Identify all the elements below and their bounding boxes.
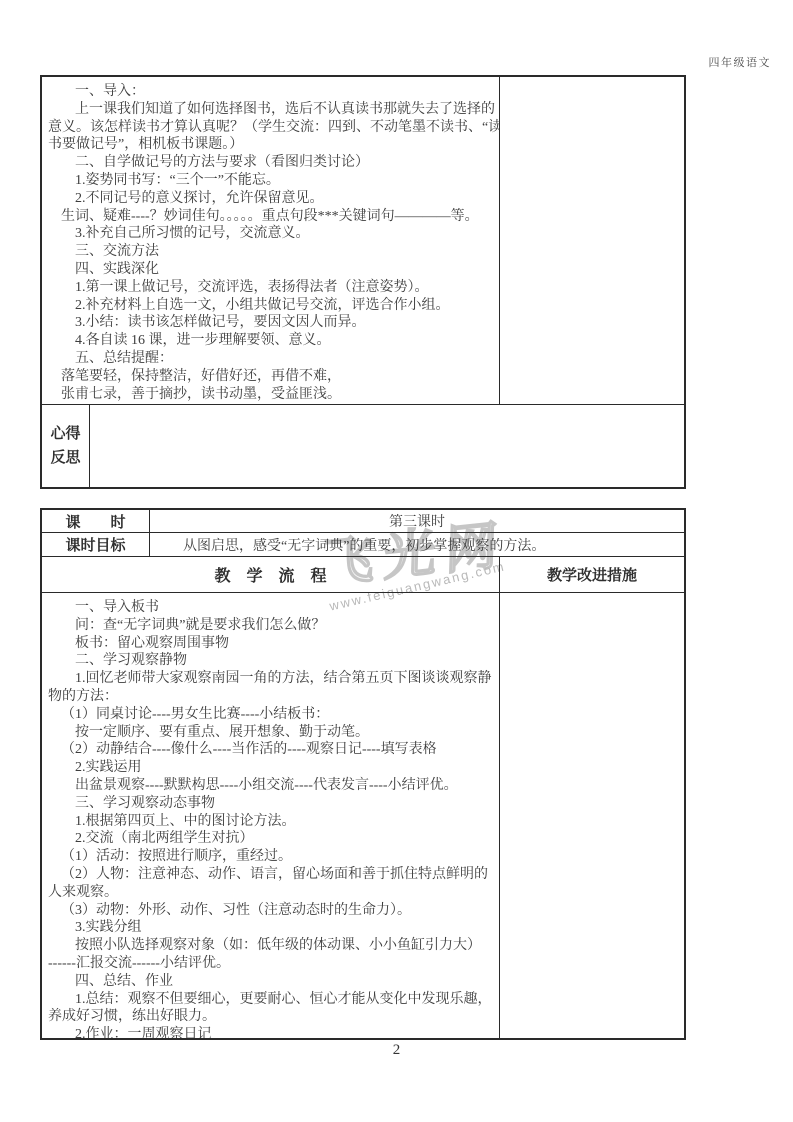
text-line: 五、总结提醒：	[48, 350, 494, 368]
text-line: （1）活动：按照进行顺序，重经过。	[48, 848, 494, 866]
reflection-empty-cell	[90, 405, 684, 487]
text-line: 按一定顺序、要有重点、展开想象、勤于动笔。	[48, 724, 494, 742]
text-line: 二、学习观察静物	[48, 652, 494, 670]
text-line: 2.交流（南北两组学生对抗）	[48, 830, 494, 848]
document-page: 四年级语文 飞光网 www.feiguangwang.com 一、导入：上一课我…	[0, 0, 793, 1122]
text-line: 养成好习惯，练出好眼力。	[48, 1008, 494, 1026]
text-line: 出盆景观察----默默构思----小组交流----代表发言----小结评优。	[48, 777, 494, 795]
goal-value: 从图启思，感受“无字词典”的重要，初步掌握观察的方法。	[150, 533, 684, 556]
text-line: 生词、疑难----？妙词佳句。。。。。重点句段***关键词句————等。	[48, 208, 494, 226]
period-value: 第三课时	[150, 510, 684, 532]
text-line: 3.补充自己所习惯的记号，交流意义。	[48, 225, 494, 243]
text-line: （2）人物：注意神态、动作、语言，留心场面和善于抓住特点鲜明的	[48, 866, 494, 884]
text-line: 2.实践运用	[48, 759, 494, 777]
text-line: 物的方法：	[48, 688, 494, 706]
text-line: （1）同桌讨论----男女生比赛----小结板书：	[48, 706, 494, 724]
text-line: 三、交流方法	[48, 243, 494, 261]
text-line: 1.总结：观察不但要细心，更要耐心、恒心才能从变化中发现乐趣，	[48, 991, 494, 1009]
text-line: ------汇报交流------小结评优。	[48, 955, 494, 973]
improvement-header: 教学改进措施	[500, 557, 684, 592]
period-label: 课 时	[42, 510, 150, 532]
text-line: 1.根据第四页上、中的图讨论方法。	[48, 813, 494, 831]
lesson-plan-table-2: 课 时 第三课时 课时目标 从图启思，感受“无字词典”的重要，初步掌握观察的方法…	[40, 508, 686, 1040]
reflection-row: 心得反思	[42, 404, 684, 487]
text-line: 3.小结：读书该怎样做记号，要因文因人而异。	[48, 314, 494, 332]
teaching-flow-text-2: 一、导入板书问：查“无字词典”就是要求我们怎么做？板书：留心观察周围事物二、学习…	[42, 593, 500, 1038]
text-line: 一、导入板书	[48, 599, 494, 617]
goal-label: 课时目标	[42, 533, 150, 556]
improvement-notes-empty-cell-2	[500, 593, 684, 1038]
text-line: 4.各自读 16 课，进一步理解要领、意义。	[48, 332, 494, 350]
text-line: 板书：留心观察周围事物	[48, 635, 494, 653]
goal-row: 课时目标 从图启思，感受“无字词典”的重要，初步掌握观察的方法。	[42, 532, 684, 556]
text-line: 1.姿势同书写：“三个一”不能忘。	[48, 172, 494, 190]
reflection-label-cell: 心得反思	[42, 405, 90, 487]
text-line: 按照小队选择观察对象（如：低年级的体动课、小小鱼缸引力大）	[48, 937, 494, 955]
text-line: （3）动物：外形、动作、习性（注意动态时的生命力）。	[48, 902, 494, 920]
text-line: 四、实践深化	[48, 261, 494, 279]
column-header-row: 教 学 流 程 教学改进措施	[42, 556, 684, 592]
text-line: 2.作业：一周观察日记	[48, 1026, 494, 1038]
text-line: 3.实践分组	[48, 919, 494, 937]
teaching-flow-text: 一、导入：上一课我们知道了如何选择图书，选后不认真读书那就失去了选择的意义。该怎…	[42, 77, 500, 404]
improvement-notes-empty-cell	[500, 77, 684, 404]
text-line: 二、自学做记号的方法与要求（看图归类讨论）	[48, 154, 494, 172]
text-line: 三、学习观察动态事物	[48, 795, 494, 813]
text-line: 人来观察。	[48, 884, 494, 902]
teaching-flow-header: 教 学 流 程	[42, 557, 500, 592]
period-row: 课 时 第三课时	[42, 510, 684, 532]
table1-content-row: 一、导入：上一课我们知道了如何选择图书，选后不认真读书那就失去了选择的意义。该怎…	[42, 77, 684, 404]
text-line: 2.不同记号的意义探讨，允许保留意见。	[48, 190, 494, 208]
text-line: 意义。该怎样读书才算认真呢？（学生交流：四到、不动笔墨不读书、“读	[48, 119, 494, 137]
text-line: 1.第一课上做记号，交流评选，表扬得法者（注意姿势）。	[48, 279, 494, 297]
table2-content-row: 一、导入板书问：查“无字词典”就是要求我们怎么做？板书：留心观察周围事物二、学习…	[42, 592, 684, 1038]
text-line: 问：查“无字词典”就是要求我们怎么做？	[48, 617, 494, 635]
text-line: 四、总结、作业	[48, 973, 494, 991]
text-line: 上一课我们知道了如何选择图书，选后不认真读书那就失去了选择的	[48, 101, 494, 119]
lesson-plan-table-1: 一、导入：上一课我们知道了如何选择图书，选后不认真读书那就失去了选择的意义。该怎…	[40, 75, 686, 489]
reflection-label: 心得反思	[50, 422, 82, 470]
page-number: 2	[0, 1042, 793, 1059]
text-line: 一、导入：	[48, 83, 494, 101]
page-header-grade: 四年级语文	[709, 54, 772, 70]
text-line: 落笔要轻，保持整洁，好借好还，再借不难，	[48, 368, 494, 386]
text-line: 1.回忆老师带大家观察南园一角的方法，结合第五页下图谈谈观察静	[48, 670, 494, 688]
text-line: （2）动静结合----像什么----当作活的----观察日记----填写表格	[48, 741, 494, 759]
text-line: 2.补充材料上自选一文，小组共做记号交流，评选合作小组。	[48, 297, 494, 315]
text-line: 书要做记号”，相机板书课题。）	[48, 136, 494, 154]
text-line: 张甫七录，善于摘抄，读书动墨，受益匪浅。	[48, 386, 494, 404]
